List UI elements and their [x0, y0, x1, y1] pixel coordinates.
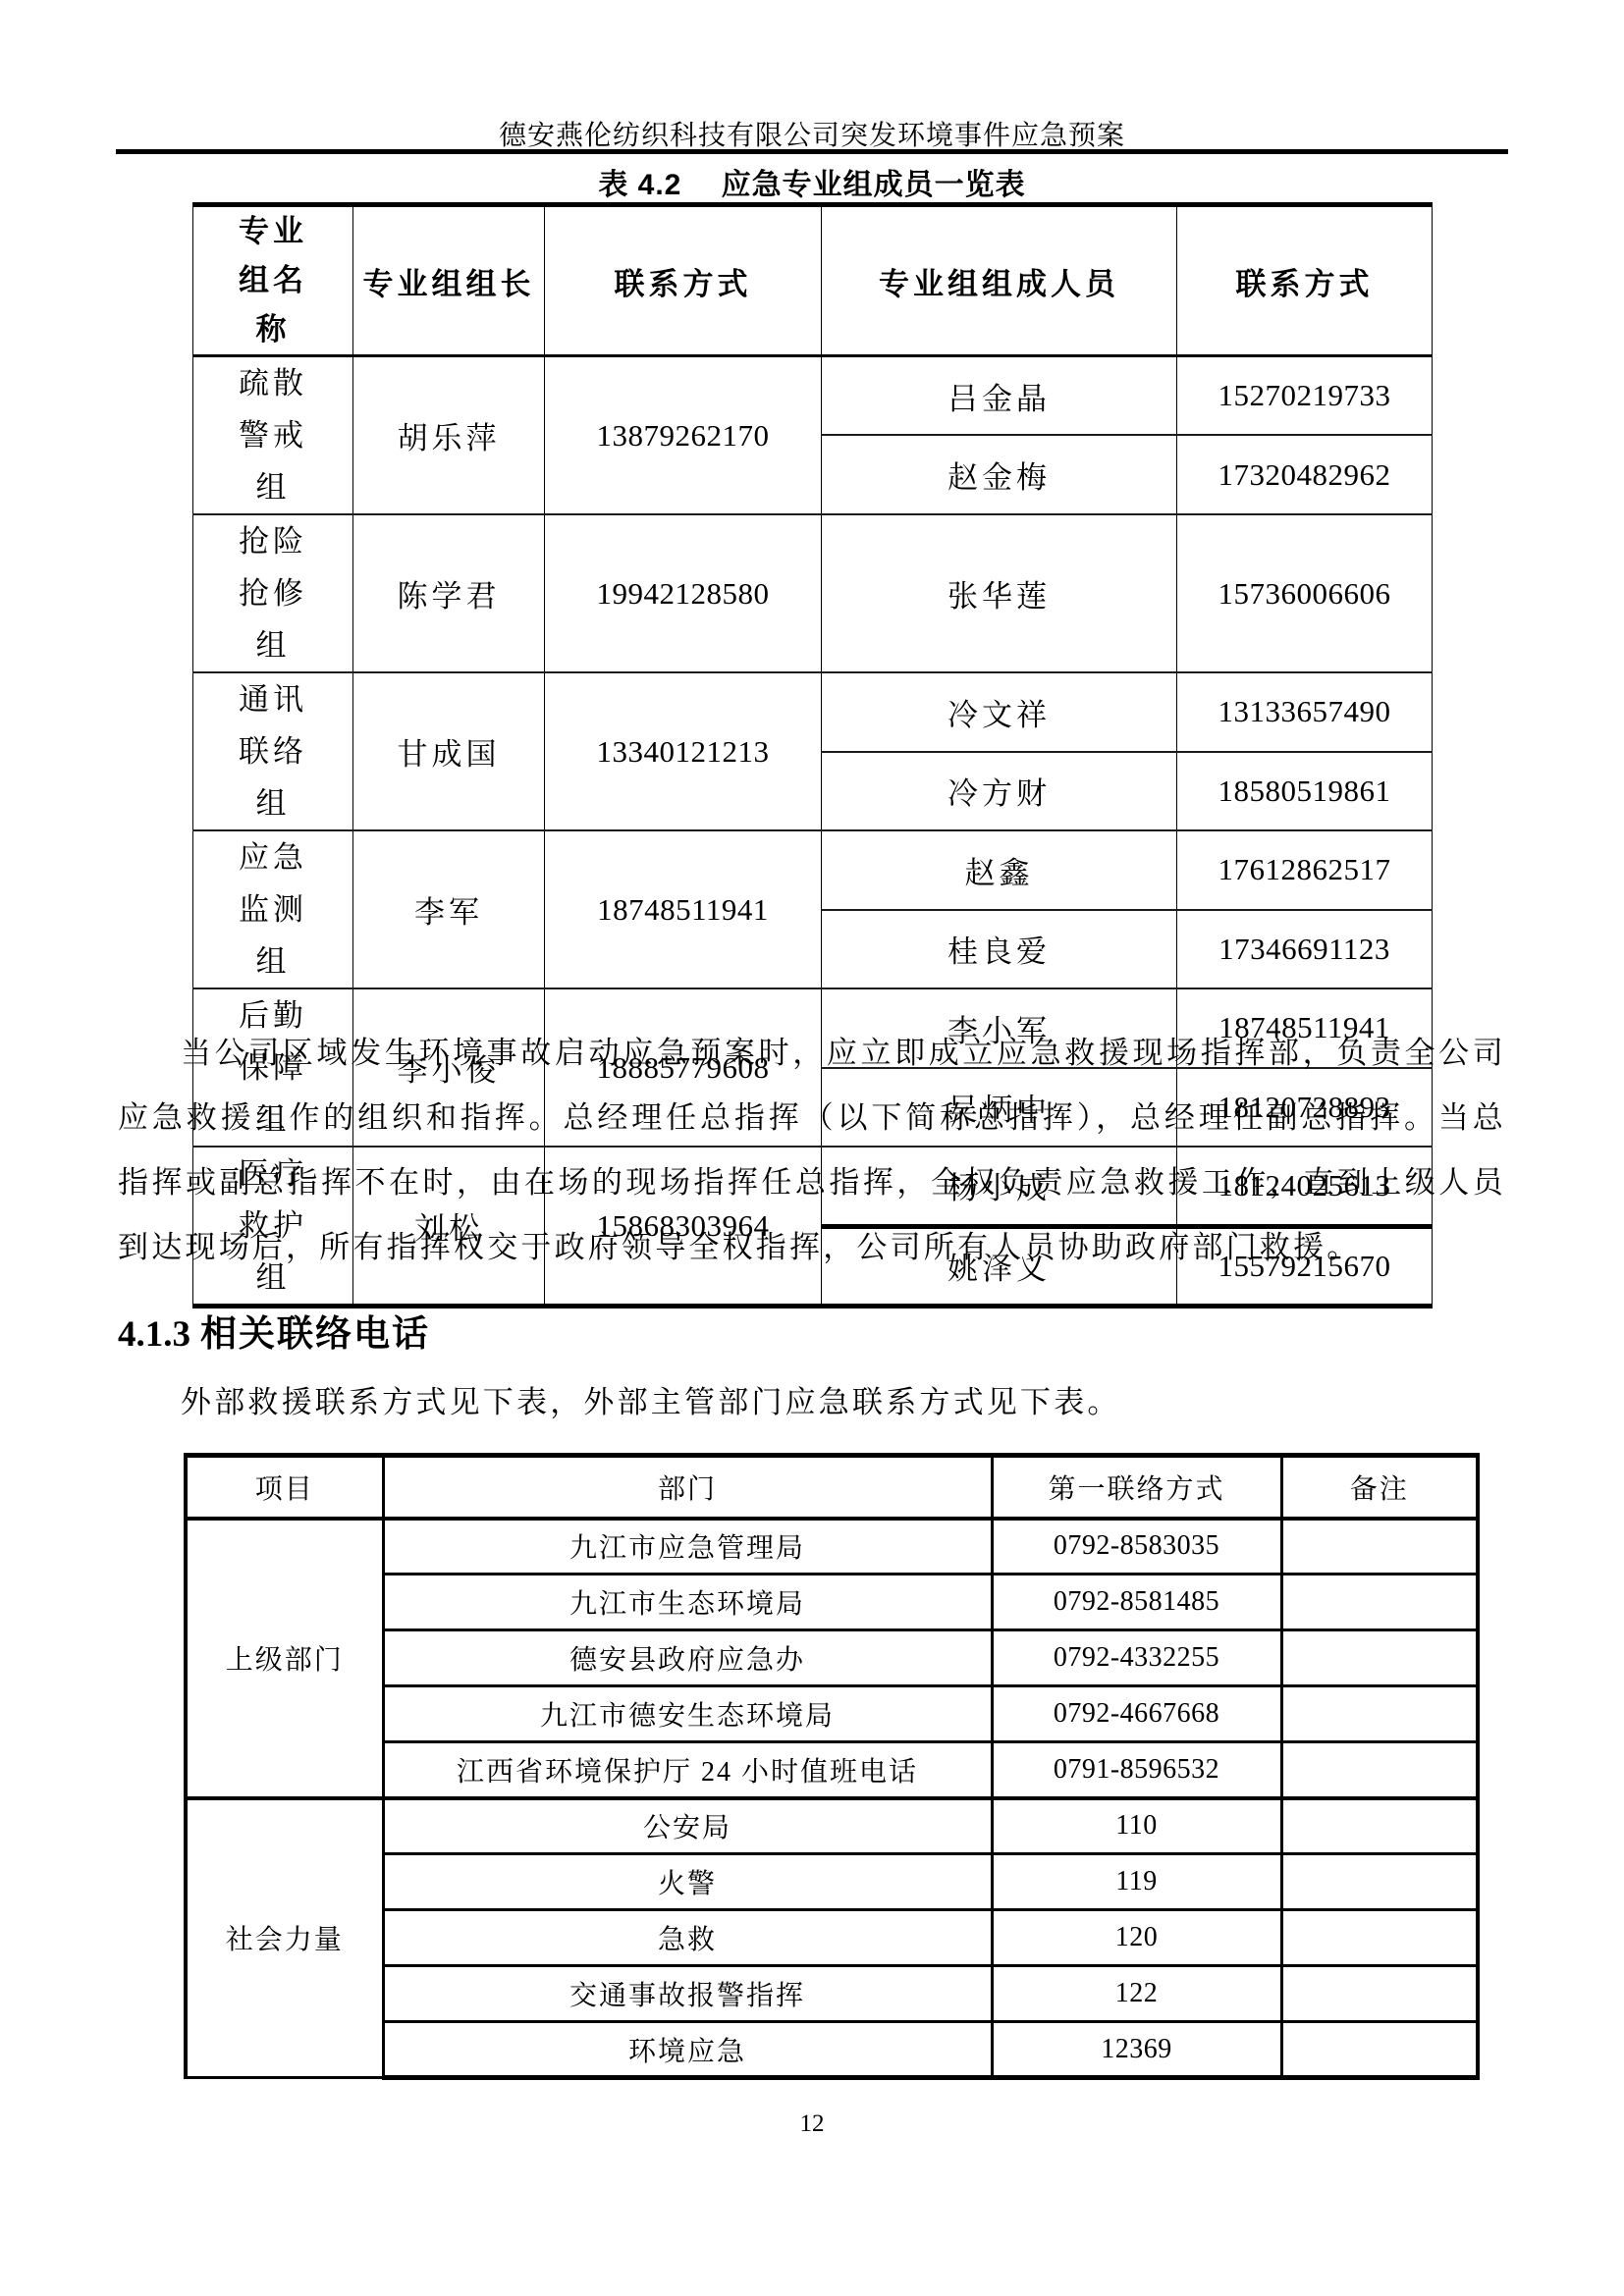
table-row: 上级部门 九江市应急管理局 0792-8583035 — [186, 1519, 1478, 1575]
table-row: 社会力量 公安局 110 — [186, 1798, 1478, 1854]
department-cell: 交通事故报警指挥 — [383, 1966, 992, 2022]
phone-cell: 0792-4667668 — [992, 1686, 1281, 1742]
member-name-cell: 冷文祥 — [822, 672, 1177, 752]
header-divider-rule — [116, 149, 1508, 154]
table1-header-leader-contact: 联系方式 — [545, 205, 822, 356]
member-name-cell: 赵鑫 — [822, 830, 1177, 910]
section-title: 相关联络电话 — [200, 1313, 430, 1354]
member-phone-cell: 15736006606 — [1177, 514, 1433, 672]
group-name-cell: 疏散警戒组 — [193, 356, 353, 515]
leader-phone-cell: 13879262170 — [545, 356, 822, 515]
table2-header-primary-contact: 第一联络方式 — [992, 1456, 1281, 1519]
group-leader-cell: 胡乐萍 — [353, 356, 545, 515]
note-cell — [1281, 1910, 1478, 1966]
department-cell: 江西省环境保护厅 24 小时值班电话 — [383, 1742, 992, 1798]
leader-phone-cell: 19942128580 — [545, 514, 822, 672]
group-name-cell: 抢险抢修组 — [193, 514, 353, 672]
phone-cell: 0791-8596532 — [992, 1742, 1281, 1798]
table2-header-row: 项目 部门 第一联络方式 备注 — [186, 1456, 1478, 1519]
table1-header-row: 专业组名称 专业组组长 联系方式 专业组组成人员 联系方式 — [193, 205, 1433, 356]
table2-header-department: 部门 — [383, 1456, 992, 1519]
group-name-cell: 应急监测组 — [193, 830, 353, 988]
member-name-cell: 张华莲 — [822, 514, 1177, 672]
external-contacts-intro-paragraph: 外部救援联系方式见下表，外部主管部门应急联系方式见下表。 — [118, 1370, 1506, 1435]
department-cell: 九江市生态环境局 — [383, 1575, 992, 1630]
member-name-cell: 吕金晶 — [822, 356, 1177, 436]
table-row: 抢险抢修组 陈学君 19942128580 张华莲 15736006606 — [193, 514, 1433, 672]
document-header-title: 德安燕伦纺织科技有限公司突发环境事件应急预案 — [118, 114, 1506, 153]
category-cell: 社会力量 — [186, 1798, 383, 2078]
member-phone-cell: 17346691123 — [1177, 910, 1433, 989]
note-cell — [1281, 1966, 1478, 2022]
leader-phone-cell: 18748511941 — [545, 830, 822, 988]
phone-cell: 0792-8581485 — [992, 1575, 1281, 1630]
phone-cell: 110 — [992, 1798, 1281, 1854]
table1-header-member-contact: 联系方式 — [1177, 205, 1433, 356]
document-page: 德安燕伦纺织科技有限公司突发环境事件应急预案 表 4.2 应急专业组成员一览表 … — [0, 0, 1624, 2296]
command-structure-paragraph: 当公司区域发生环境事故启动应急预案时，应立即成立应急救援现场指挥部，负责全公司应… — [118, 1021, 1506, 1280]
department-cell: 九江市德安生态环境局 — [383, 1686, 992, 1742]
phone-cell: 12369 — [992, 2022, 1281, 2078]
page-number: 12 — [0, 2110, 1624, 2138]
phone-cell: 0792-8583035 — [992, 1519, 1281, 1575]
table2-header-item: 项目 — [186, 1456, 383, 1519]
member-phone-cell: 17320482962 — [1177, 435, 1433, 514]
member-phone-cell: 15270219733 — [1177, 356, 1433, 436]
member-phone-cell: 18580519861 — [1177, 752, 1433, 831]
group-leader-cell: 李军 — [353, 830, 545, 988]
member-name-cell: 赵金梅 — [822, 435, 1177, 514]
note-cell — [1281, 1798, 1478, 1854]
department-cell: 环境应急 — [383, 2022, 992, 2078]
department-cell: 火警 — [383, 1854, 992, 1910]
table2-header-remarks: 备注 — [1281, 1456, 1478, 1519]
table1-caption: 表 4.2 应急专业组成员一览表 — [118, 160, 1506, 203]
member-name-cell: 桂良爱 — [822, 910, 1177, 989]
table-row: 通讯联络组 甘成国 13340121213 冷文祥 13133657490 — [193, 672, 1433, 752]
member-phone-cell: 13133657490 — [1177, 672, 1433, 752]
section-number: 4.1.3 — [118, 1314, 190, 1355]
note-cell — [1281, 1630, 1478, 1686]
note-cell — [1281, 1686, 1478, 1742]
category-cell: 上级部门 — [186, 1519, 383, 1798]
group-leader-cell: 陈学君 — [353, 514, 545, 672]
department-cell: 德安县政府应急办 — [383, 1630, 992, 1686]
department-cell: 公安局 — [383, 1798, 992, 1854]
department-cell: 九江市应急管理局 — [383, 1519, 992, 1575]
group-name-cell: 通讯联络组 — [193, 672, 353, 830]
phone-cell: 122 — [992, 1966, 1281, 2022]
note-cell — [1281, 1575, 1478, 1630]
table-row: 疏散警戒组 胡乐萍 13879262170 吕金晶 15270219733 — [193, 356, 1433, 436]
member-name-cell: 冷方财 — [822, 752, 1177, 831]
section-heading-4-1-3: 4.1.3相关联络电话 — [118, 1304, 430, 1357]
table-row: 应急监测组 李军 18748511941 赵鑫 17612862517 — [193, 830, 1433, 910]
phone-cell: 0792-4332255 — [992, 1630, 1281, 1686]
phone-cell: 119 — [992, 1854, 1281, 1910]
note-cell — [1281, 2022, 1478, 2078]
table1-header-group-name: 专业组名称 — [193, 205, 353, 356]
leader-phone-cell: 13340121213 — [545, 672, 822, 830]
table1-header-group-members: 专业组组成人员 — [822, 205, 1177, 356]
external-contact-numbers-table: 项目 部门 第一联络方式 备注 上级部门 九江市应急管理局 0792-85830… — [184, 1453, 1480, 2080]
note-cell — [1281, 1519, 1478, 1575]
table1-header-group-leader: 专业组组长 — [353, 205, 545, 356]
note-cell — [1281, 1854, 1478, 1910]
note-cell — [1281, 1742, 1478, 1798]
phone-cell: 120 — [992, 1910, 1281, 1966]
department-cell: 急救 — [383, 1910, 992, 1966]
group-leader-cell: 甘成国 — [353, 672, 545, 830]
member-phone-cell: 17612862517 — [1177, 830, 1433, 910]
